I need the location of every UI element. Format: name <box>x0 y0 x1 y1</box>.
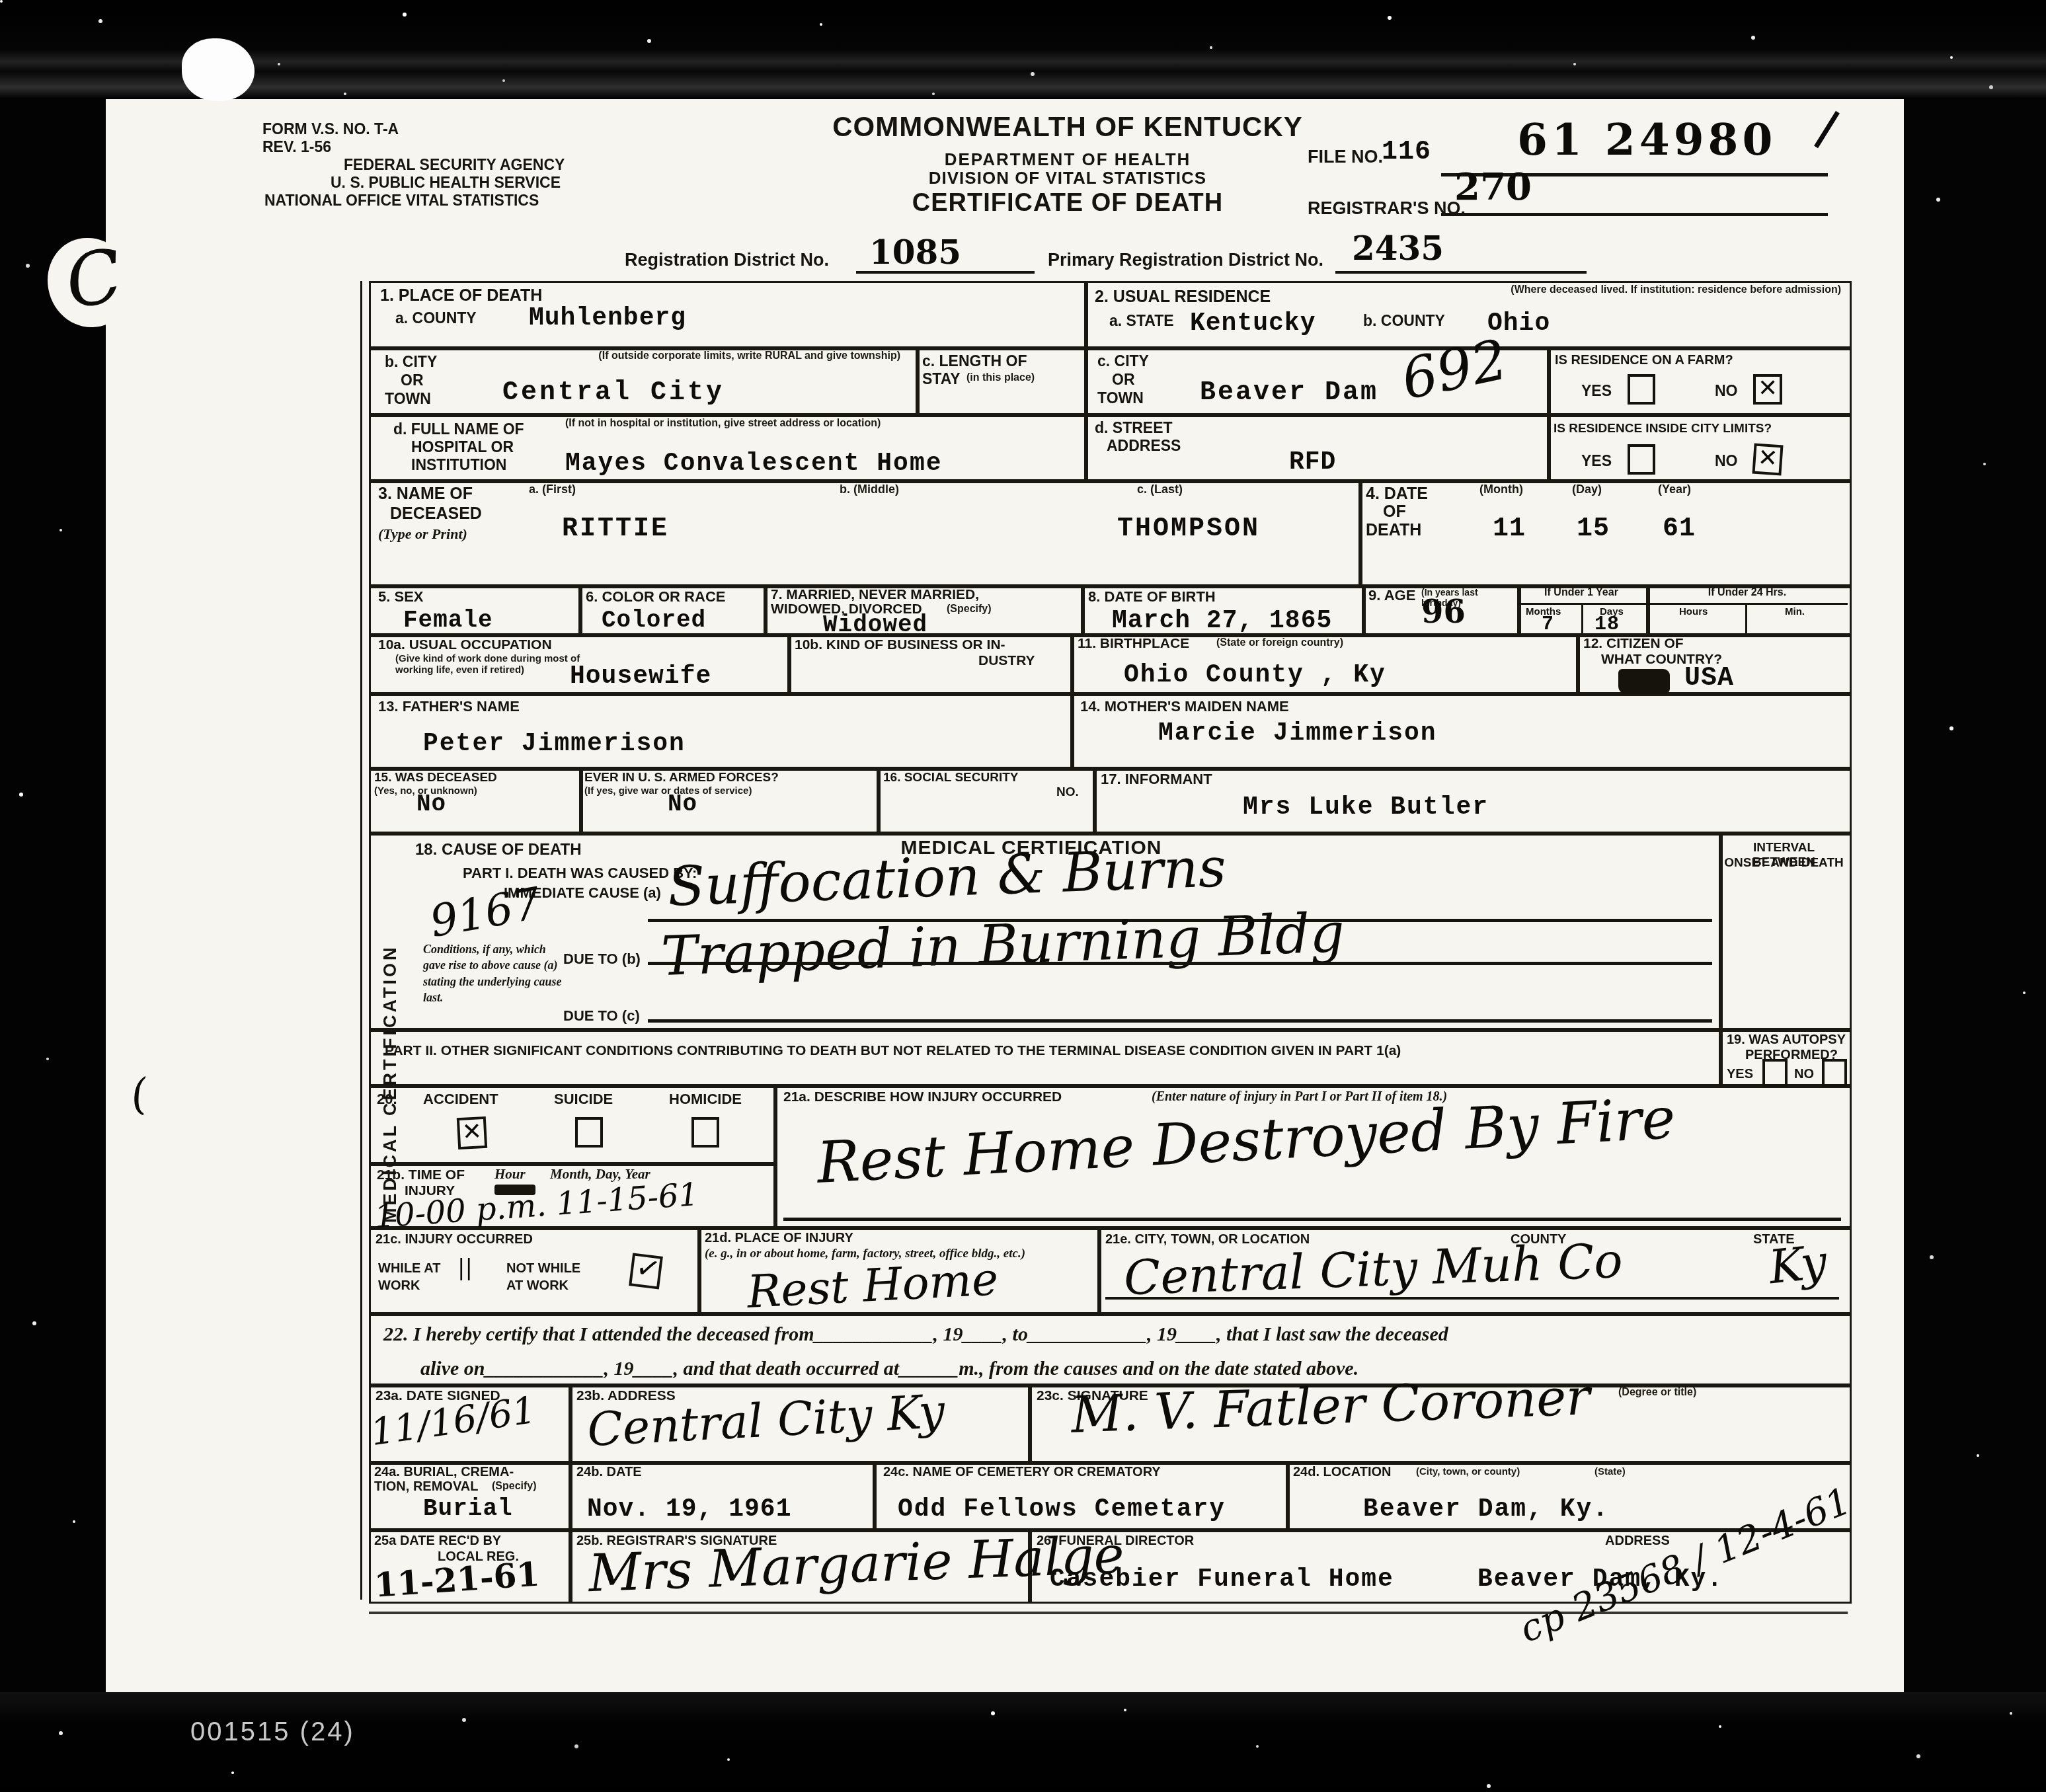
autopsy-no-checkbox <box>1822 1059 1847 1087</box>
cause-of-death-label: 18. CAUSE OF DEATH <box>415 841 582 859</box>
division-line: DIVISION OF VITAL STATISTICS <box>830 168 1306 188</box>
injury-city-underline <box>1105 1297 1839 1300</box>
describe-injury-label: 21a. DESCRIBE HOW INJURY OCCURRED <box>783 1089 1062 1105</box>
dod-year: 61 <box>1663 514 1696 544</box>
street-label-2: ADDRESS <box>1107 437 1181 455</box>
sex-label: 5. SEX <box>378 588 423 605</box>
not-while-label-2: AT WORK <box>506 1278 569 1294</box>
film-top-band <box>0 0 2046 99</box>
sex-value: Female <box>403 607 493 634</box>
citizen-label-1: 12. CITIZEN OF <box>1583 636 1684 652</box>
not-while-at-work-checkbox <box>629 1253 663 1289</box>
part1-label: PART I. DEATH WAS CAUSED BY: <box>463 865 697 882</box>
form-number: FORM V.S. NO. T-A <box>262 120 399 138</box>
length-stay-label2: STAY <box>922 370 961 388</box>
state-value: Kentucky <box>1190 309 1316 338</box>
months-days-divider <box>1581 603 1583 633</box>
burial-value: Burial <box>423 1495 513 1522</box>
armed-forces-label: EVER IN U. S. ARMED FORCES? <box>584 771 779 785</box>
department-line: DEPARTMENT OF HEALTH <box>830 149 1306 170</box>
not-while-label-1: NOT WHILE <box>506 1261 580 1276</box>
dob-label: 8. DATE OF BIRTH <box>1088 588 1216 605</box>
limits-yes-label: YES <box>1581 452 1612 470</box>
burial-date-label: 24b. DATE <box>576 1465 642 1480</box>
work-label: WORK <box>378 1278 420 1294</box>
dod-day: 15 <box>1577 514 1610 544</box>
cemetery-location-value: Beaver Dam, Ky. <box>1363 1495 1609 1524</box>
day-hint: (Day) <box>1572 483 1602 496</box>
age-subheader-line <box>1517 603 1848 605</box>
time-injury-label-1: 21b. TIME OF <box>377 1167 465 1183</box>
armed-forces-value: No <box>668 791 697 818</box>
interval-label-2: ONSET AND DEATH <box>1723 856 1845 871</box>
mother-label: 14. MOTHER'S MAIDEN NAME <box>1080 698 1289 715</box>
primary-district-underline <box>1335 271 1587 274</box>
was-deceased-label: 15. WAS DECEASED <box>374 771 497 785</box>
county-value: Muhlenberg <box>529 304 686 332</box>
limits-yes-checkbox <box>1628 444 1655 475</box>
middle-name-hint: b. (Middle) <box>840 483 899 496</box>
hospital-note: (If not in hospital or institution, give… <box>565 418 1041 430</box>
form-revision: REV. 1-56 <box>262 138 331 156</box>
cause-c-underline <box>648 1019 1712 1023</box>
farm-yes-checkbox <box>1628 374 1655 405</box>
homicide-checkbox <box>691 1117 719 1148</box>
state-label: a. STATE <box>1109 312 1174 330</box>
length-stay-note: (in this place) <box>966 372 1035 384</box>
hospital-label-3: INSTITUTION <box>411 456 506 474</box>
agency-line: FEDERAL SECURITY AGENCY <box>344 156 565 174</box>
file-no-handwritten: 61 24980 <box>1517 114 1776 165</box>
dod-month: 11 <box>1493 514 1526 544</box>
marital-note: (Specify) <box>947 604 992 615</box>
month-hint: (Month) <box>1479 483 1523 496</box>
microfilm-frame: 001515 (24) FORM V.S. NO. T-A REV. 1-56 … <box>0 0 2046 1792</box>
marital-value: Widowed <box>823 611 927 639</box>
dod-label-1: 4. DATE <box>1366 485 1428 504</box>
limits-no-label: NO <box>1715 452 1738 470</box>
cause-b-underline <box>648 962 1712 965</box>
informant-label: 17. INFORMANT <box>1101 771 1212 788</box>
part2-label: PART II. OTHER SIGNIFICANT CONDITIONS CO… <box>385 1043 1710 1059</box>
occupation-value: Housewife <box>570 662 711 691</box>
race-label: 6. COLOR OR RACE <box>586 588 725 605</box>
accident-checkbox <box>457 1116 487 1149</box>
injury-state-handwritten: Ky <box>1766 1235 1829 1295</box>
registrar-no-value: 270 <box>1454 165 1532 209</box>
file-no-label: FILE NO. <box>1308 147 1383 167</box>
race-value: Colored <box>602 607 706 634</box>
farm-yes-label: YES <box>1581 382 1612 400</box>
scan-double-line-left <box>360 281 362 1600</box>
min-label: Min. <box>1785 606 1805 617</box>
accident-label: ACCIDENT <box>423 1091 498 1108</box>
street-label-1: d. STREET <box>1095 419 1173 437</box>
year-hint: (Year) <box>1658 483 1691 496</box>
certify-line-1: 22. I hereby certify that I attended the… <box>383 1323 1844 1346</box>
city-town-label: TOWN <box>385 390 431 408</box>
city-value: Central City <box>502 378 725 408</box>
commonwealth-title: COMMONWEALTH OF KENTUCKY <box>830 111 1306 143</box>
city-or-label: OR <box>401 371 424 389</box>
occupation-label: 10a. USUAL OCCUPATION <box>378 637 552 653</box>
hour-hint: Hour <box>494 1166 526 1183</box>
ssn-label-2: NO. <box>1056 785 1079 800</box>
burial-note: (Specify) <box>492 1481 537 1493</box>
place-of-injury-label: 21d. PLACE OF INJURY <box>705 1231 853 1246</box>
first-name-value: RITTIE <box>562 514 669 544</box>
burial-label-1: 24a. BURIAL, CREMA- <box>374 1465 514 1480</box>
suicide-label: SUICIDE <box>554 1091 613 1108</box>
farm-no-label: NO <box>1715 382 1738 400</box>
informant-value: Mrs Luke Butler <box>1243 793 1489 822</box>
film-right-band <box>1904 99 2046 1692</box>
limits-no-checkbox <box>1752 444 1783 476</box>
city-note: (If outside corporate limits, write RURA… <box>497 350 900 362</box>
usual-residence-title: 2. USUAL RESIDENCE <box>1095 288 1271 307</box>
birthplace-value: Ohio County , Ky <box>1124 661 1386 689</box>
funeral-director-label: 26. FUNERAL DIRECTOR <box>1037 1534 1194 1549</box>
res-city-town: TOWN <box>1097 389 1144 407</box>
place-of-death-title: 1. PLACE OF DEATH <box>380 286 542 305</box>
age-value: 96 <box>1421 594 1466 631</box>
farm-no-checkbox <box>1753 374 1782 405</box>
homicide-label: HOMICIDE <box>669 1091 742 1108</box>
ink-blot <box>1618 669 1670 694</box>
burial-date-value: Nov. 19, 1961 <box>587 1495 791 1524</box>
length-stay-label: c. LENGTH OF <box>922 352 1027 370</box>
due-to-b-label: DUE TO (b) <box>563 951 641 968</box>
was-deceased-value: No <box>416 791 446 818</box>
reg-district-underline <box>856 271 1035 274</box>
suicide-checkbox <box>575 1117 603 1148</box>
hospital-label-1: d. FULL NAME OF <box>393 420 524 438</box>
res-county-label: b. COUNTY <box>1363 312 1445 330</box>
cemetery-label: 24c. NAME OF CEMETERY OR CREMATORY <box>883 1465 1161 1480</box>
citizen-value: USA <box>1684 664 1734 693</box>
days-value: 18 <box>1594 613 1620 636</box>
father-value: Peter Jimmerison <box>423 730 686 758</box>
name-label-2: DECEASED <box>390 504 482 524</box>
reg-district-value: 1085 <box>869 233 961 272</box>
dod-label-2: OF <box>1383 502 1406 522</box>
conditions-note: Conditions, if any, which gave rise to a… <box>423 941 562 1005</box>
cemetery-location-note-2: (State) <box>1594 1466 1626 1477</box>
name-label-1: 3. NAME OF <box>378 485 473 504</box>
under1-header: If Under 1 Year <box>1519 587 1643 599</box>
hospital-label-2: HOSPITAL OR <box>411 438 514 456</box>
frame-number: 001515 (24) <box>190 1717 355 1747</box>
autopsy-yes-checkbox <box>1762 1059 1788 1087</box>
business-label-1: 10b. KIND OF BUSINESS OR IN- <box>795 637 1005 653</box>
limits-question: IS RESIDENCE INSIDE CITY LIMITS? <box>1554 422 1772 436</box>
funeral-address-label: ADDRESS <box>1605 1534 1670 1549</box>
film-left-band <box>0 99 106 1692</box>
last-name-hint: c. (Last) <box>1137 483 1183 496</box>
marital-label-1: 7. MARRIED, NEVER MARRIED, <box>771 587 979 603</box>
father-label: 13. FATHER'S NAME <box>378 698 520 715</box>
hours-label: Hours <box>1679 606 1708 617</box>
age-label: 9. AGE <box>1368 587 1415 604</box>
hours-min-divider <box>1745 603 1747 633</box>
date-received-label-1: 25a DATE REC'D BY <box>374 1534 501 1549</box>
primary-district-value: 2435 <box>1352 229 1444 268</box>
cemetery-value: Odd Fellows Cemetary <box>898 1495 1226 1524</box>
autopsy-label-1: 19. WAS AUTOPSY <box>1727 1032 1846 1048</box>
ssn-label-1: 16. SOCIAL SECURITY <box>883 771 1018 785</box>
dob-value: March 27, 1865 <box>1112 607 1332 635</box>
autopsy-no-label: NO <box>1794 1067 1814 1082</box>
injury-occurred-label: 21c. INJURY OCCURRED <box>375 1232 533 1247</box>
res-city-or: OR <box>1112 371 1135 389</box>
autopsy-yes-label: YES <box>1727 1067 1753 1082</box>
reg-district-label: Registration District No. <box>625 250 829 270</box>
mother-value: Marcie Jimmerison <box>1158 719 1437 748</box>
certify-line-2: alive on____________, 19____, and that d… <box>420 1358 1848 1380</box>
dod-label-3: DEATH <box>1366 521 1421 540</box>
while-at-label: WHILE AT <box>378 1261 440 1276</box>
registrar-no-underline <box>1441 213 1828 216</box>
last-name-value: THOMPSON <box>1117 514 1260 544</box>
item20-number: 20. <box>377 1091 397 1108</box>
file-no-typed: 116 <box>1382 137 1431 167</box>
under24-header: If Under 24 Hrs. <box>1648 587 1846 599</box>
res-city-value: Beaver Dam <box>1200 378 1378 408</box>
farm-question: IS RESIDENCE ON A FARM? <box>1555 353 1733 368</box>
due-to-c-label: DUE TO (c) <box>563 1007 640 1025</box>
name-label-3: (Type or Print) <box>378 526 467 543</box>
birthplace-note: (State or foreign country) <box>1216 637 1343 649</box>
degree-title-note: (Degree or title) <box>1618 1387 1696 1399</box>
certificate-title: CERTIFICATE OF DEATH <box>830 189 1306 217</box>
cemetery-location-note: (City, town, or county) <box>1416 1466 1520 1477</box>
vital-stats-line: NATIONAL OFFICE VITAL STATISTICS <box>264 192 539 210</box>
burial-label-2: TION, REMOVAL <box>374 1479 478 1495</box>
business-label-2: DUSTRY <box>978 653 1035 669</box>
street-value: RFD <box>1289 448 1336 477</box>
film-tear <box>182 38 255 101</box>
first-name-hint: a. (First) <box>529 483 576 496</box>
county-label: a. COUNTY <box>395 309 477 327</box>
cemetery-location-label: 24d. LOCATION <box>1293 1465 1392 1480</box>
city-label: b. CITY <box>385 353 437 371</box>
usual-residence-note: (Where deceased lived. If institution: r… <box>1372 284 1841 296</box>
primary-district-label: Primary Registration District No. <box>1048 250 1323 270</box>
hospital-value: Mayes Convalescent Home <box>565 449 943 478</box>
funeral-director-value: Casebier Funeral Home <box>1050 1565 1394 1594</box>
while-work-marks: || <box>457 1255 473 1281</box>
phs-line: U. S. PUBLIC HEALTH SERVICE <box>331 174 561 192</box>
res-city-label: c. CITY <box>1097 352 1149 370</box>
injury-description-underline <box>783 1218 1841 1221</box>
film-dust-specks <box>0 0 3 3</box>
birthplace-label: 11. BIRTHPLACE <box>1078 636 1189 652</box>
months-value: 7 <box>1542 613 1554 636</box>
